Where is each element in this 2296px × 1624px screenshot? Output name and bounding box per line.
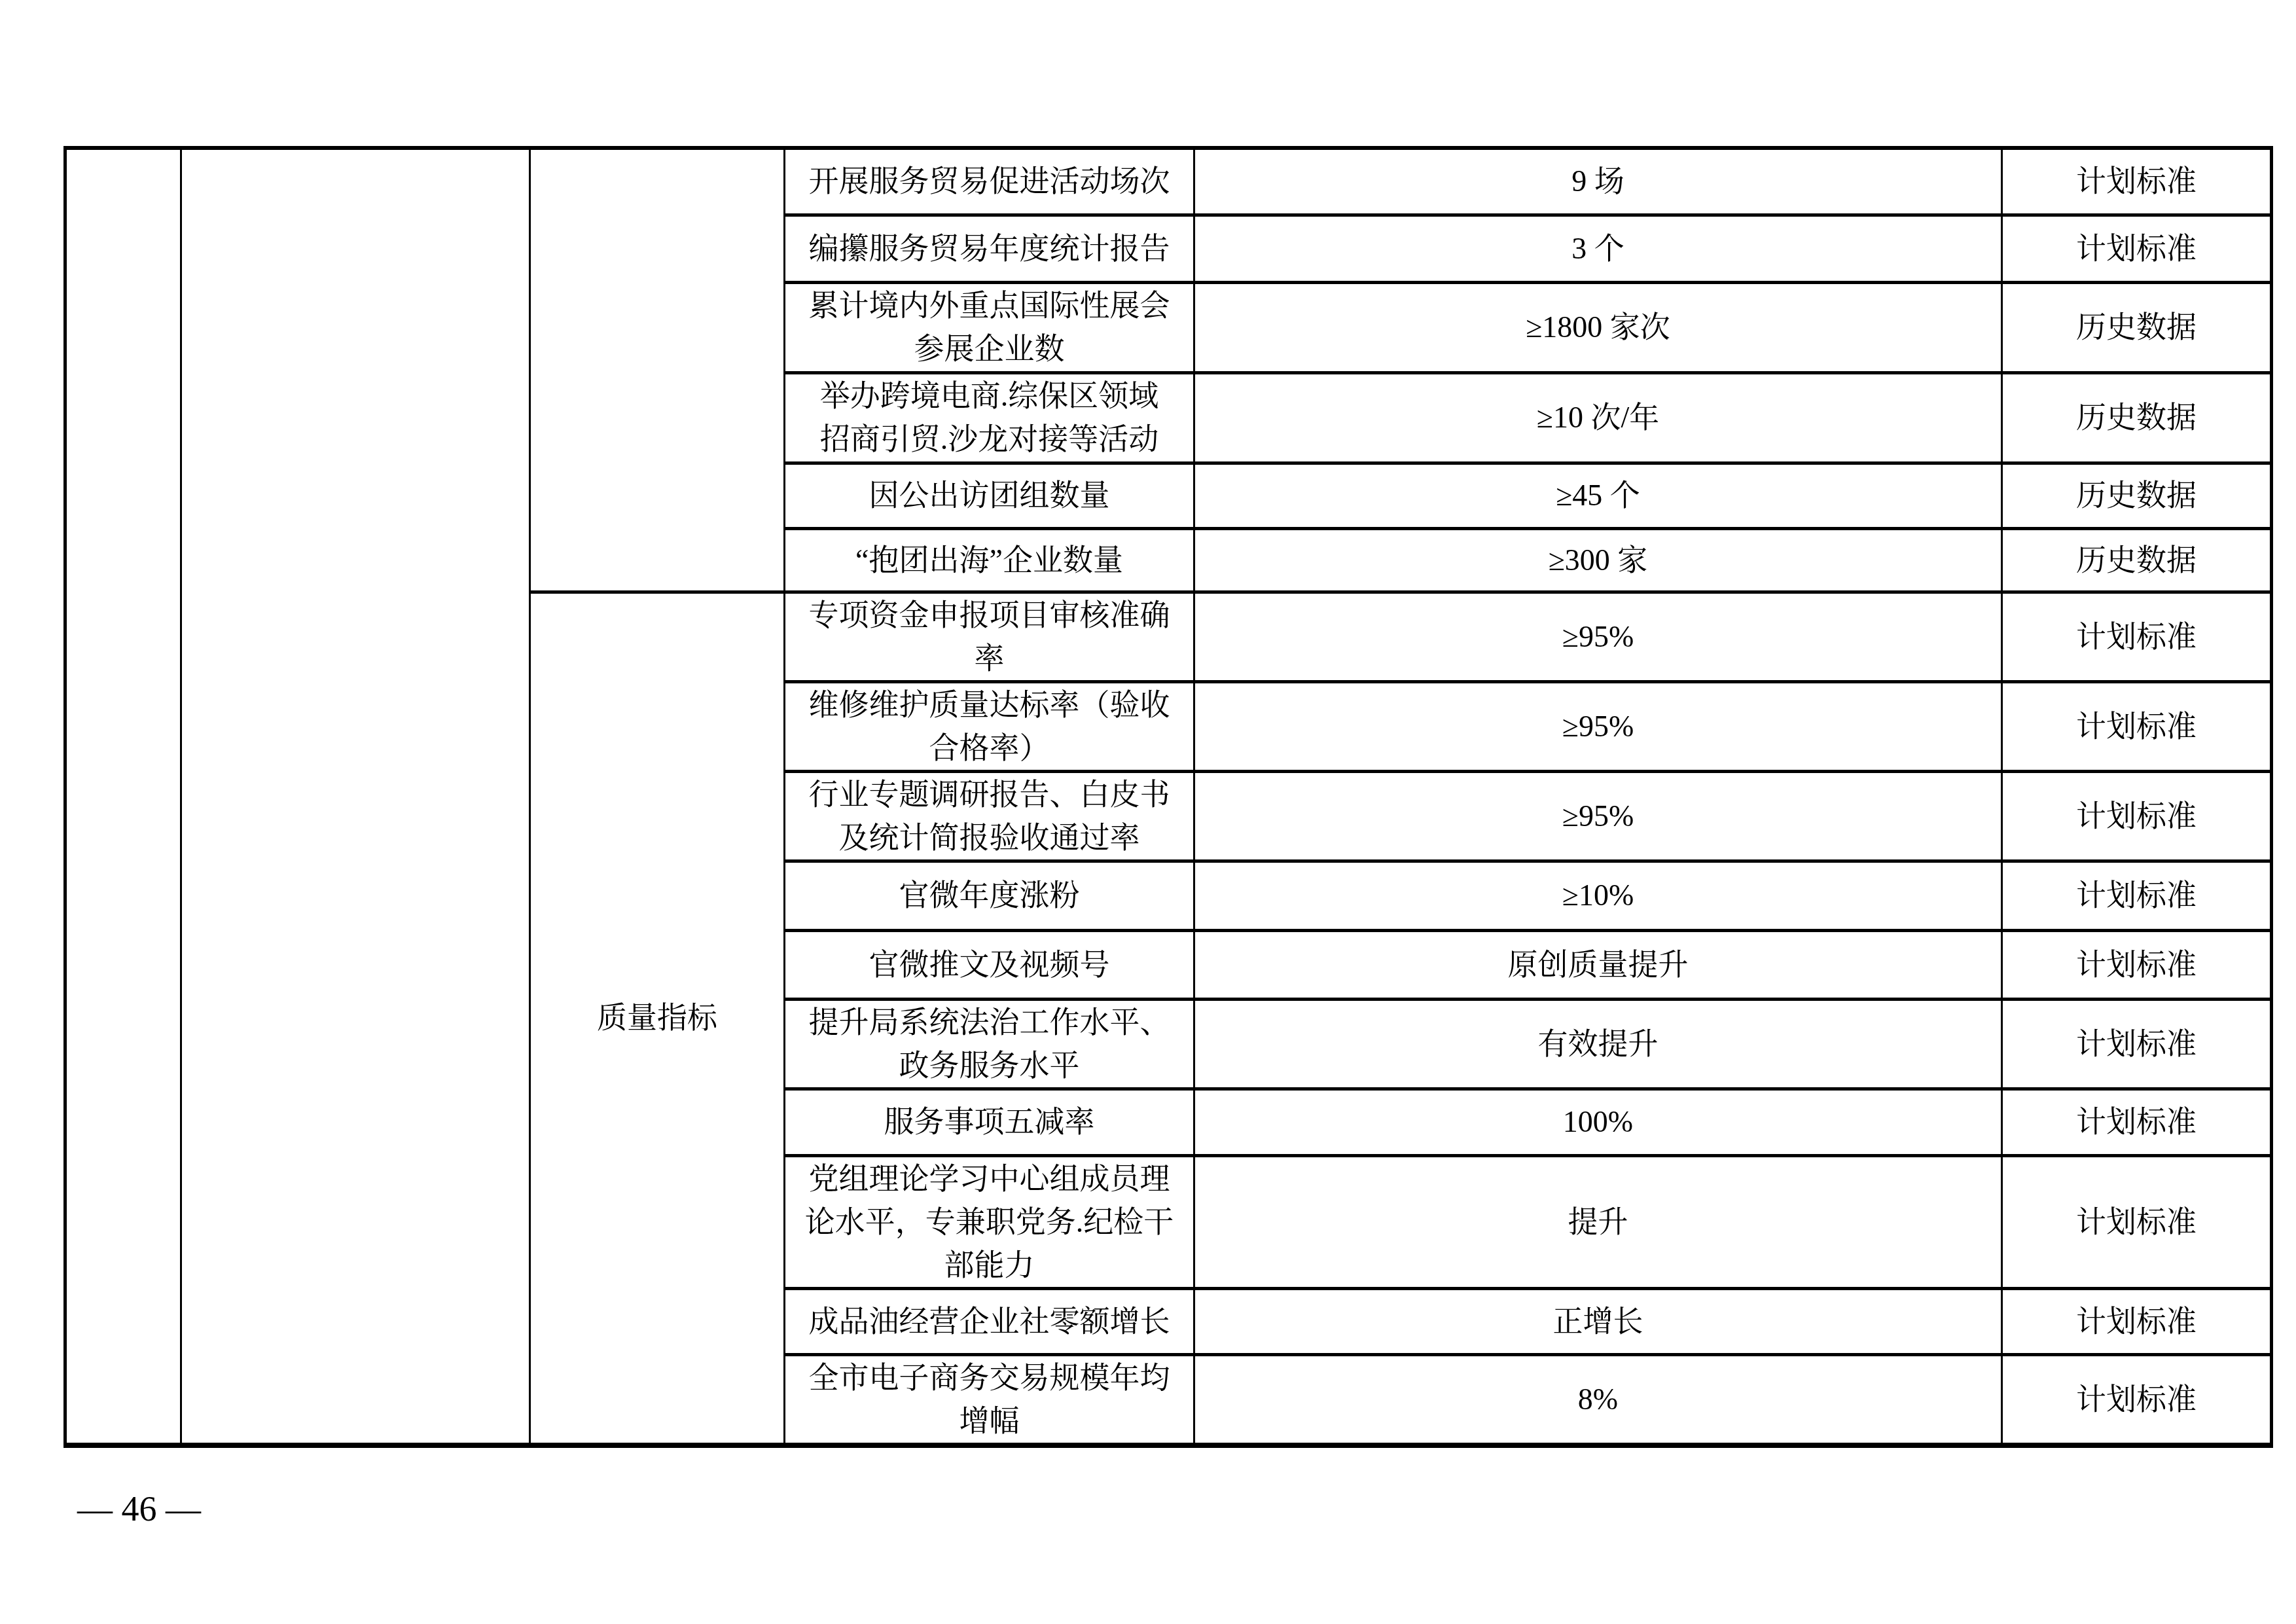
value-cell: ≥1800 家次 <box>1194 282 2002 372</box>
indicator-cell: 官微推文及视频号 <box>785 930 1194 999</box>
indicator-cell: 维修维护质量达标率（验收 合格率） <box>785 681 1194 771</box>
indicator-cell: 专项资金申报项目审核准确 率 <box>785 592 1194 681</box>
value-cell: ≥95% <box>1194 592 2002 681</box>
spacer-column-1-cell <box>65 148 181 1445</box>
indicator-cell: 因公出访团组数量 <box>785 463 1194 528</box>
standard-cell: 历史数据 <box>2002 463 2272 528</box>
value-cell: ≥10 次/年 <box>1194 372 2002 463</box>
standard-cell: 计划标准 <box>2002 771 2272 861</box>
value-cell: 100% <box>1194 1089 2002 1155</box>
value-cell: ≥300 家 <box>1194 528 2002 592</box>
value-cell: 原创质量提升 <box>1194 930 2002 999</box>
standard-cell: 计划标准 <box>2002 215 2272 282</box>
indicator-cell: “抱团出海”企业数量 <box>785 528 1194 592</box>
value-cell: ≥95% <box>1194 771 2002 861</box>
indicator-cell: 开展服务贸易促进活动场次 <box>785 148 1194 215</box>
indicator-table: 开展服务贸易促进活动场次 9 场 计划标准 编攥服务贸易年度统计报告 3 个 计… <box>63 146 2273 1448</box>
table-row: 开展服务贸易促进活动场次 9 场 计划标准 <box>65 148 2272 215</box>
standard-cell: 历史数据 <box>2002 282 2272 372</box>
value-cell: 提升 <box>1194 1155 2002 1288</box>
standard-cell: 计划标准 <box>2002 930 2272 999</box>
standard-cell: 计划标准 <box>2002 1089 2272 1155</box>
standard-cell: 计划标准 <box>2002 861 2272 930</box>
value-cell: 有效提升 <box>1194 999 2002 1089</box>
indicator-cell: 官微年度涨粉 <box>785 861 1194 930</box>
indicator-cell: 全市电子商务交易规模年均 增幅 <box>785 1354 1194 1445</box>
indicator-cell: 服务事项五减率 <box>785 1089 1194 1155</box>
indicator-cell: 党组理论学习中心组成员理 论水平，专兼职党务.纪检干 部能力 <box>785 1155 1194 1288</box>
page-number: — 46 — <box>77 1489 201 1528</box>
standard-cell: 计划标准 <box>2002 1155 2272 1288</box>
category-cell-top <box>530 148 785 592</box>
spacer-column-2-cell <box>181 148 530 1445</box>
indicator-cell: 累计境内外重点国际性展会 参展企业数 <box>785 282 1194 372</box>
value-cell: ≥45 个 <box>1194 463 2002 528</box>
indicator-cell: 举办跨境电商.综保区领域 招商引贸.沙龙对接等活动 <box>785 372 1194 463</box>
value-cell: 9 场 <box>1194 148 2002 215</box>
document-page: 开展服务贸易促进活动场次 9 场 计划标准 编攥服务贸易年度统计报告 3 个 计… <box>0 0 2296 1624</box>
standard-cell: 计划标准 <box>2002 1288 2272 1354</box>
category-cell-quality: 质量指标 <box>530 592 785 1445</box>
standard-cell: 计划标准 <box>2002 592 2272 681</box>
value-cell: ≥10% <box>1194 861 2002 930</box>
indicator-cell: 行业专题调研报告、白皮书 及统计简报验收通过率 <box>785 771 1194 861</box>
indicator-cell: 成品油经营企业社零额增长 <box>785 1288 1194 1354</box>
value-cell: 正增长 <box>1194 1288 2002 1354</box>
value-cell: 8% <box>1194 1354 2002 1445</box>
standard-cell: 历史数据 <box>2002 372 2272 463</box>
value-cell: 3 个 <box>1194 215 2002 282</box>
standard-cell: 历史数据 <box>2002 528 2272 592</box>
standard-cell: 计划标准 <box>2002 1354 2272 1445</box>
indicator-cell: 提升局系统法治工作水平、 政务服务水平 <box>785 999 1194 1089</box>
value-cell: ≥95% <box>1194 681 2002 771</box>
standard-cell: 计划标准 <box>2002 148 2272 215</box>
indicator-cell: 编攥服务贸易年度统计报告 <box>785 215 1194 282</box>
standard-cell: 计划标准 <box>2002 681 2272 771</box>
standard-cell: 计划标准 <box>2002 999 2272 1089</box>
